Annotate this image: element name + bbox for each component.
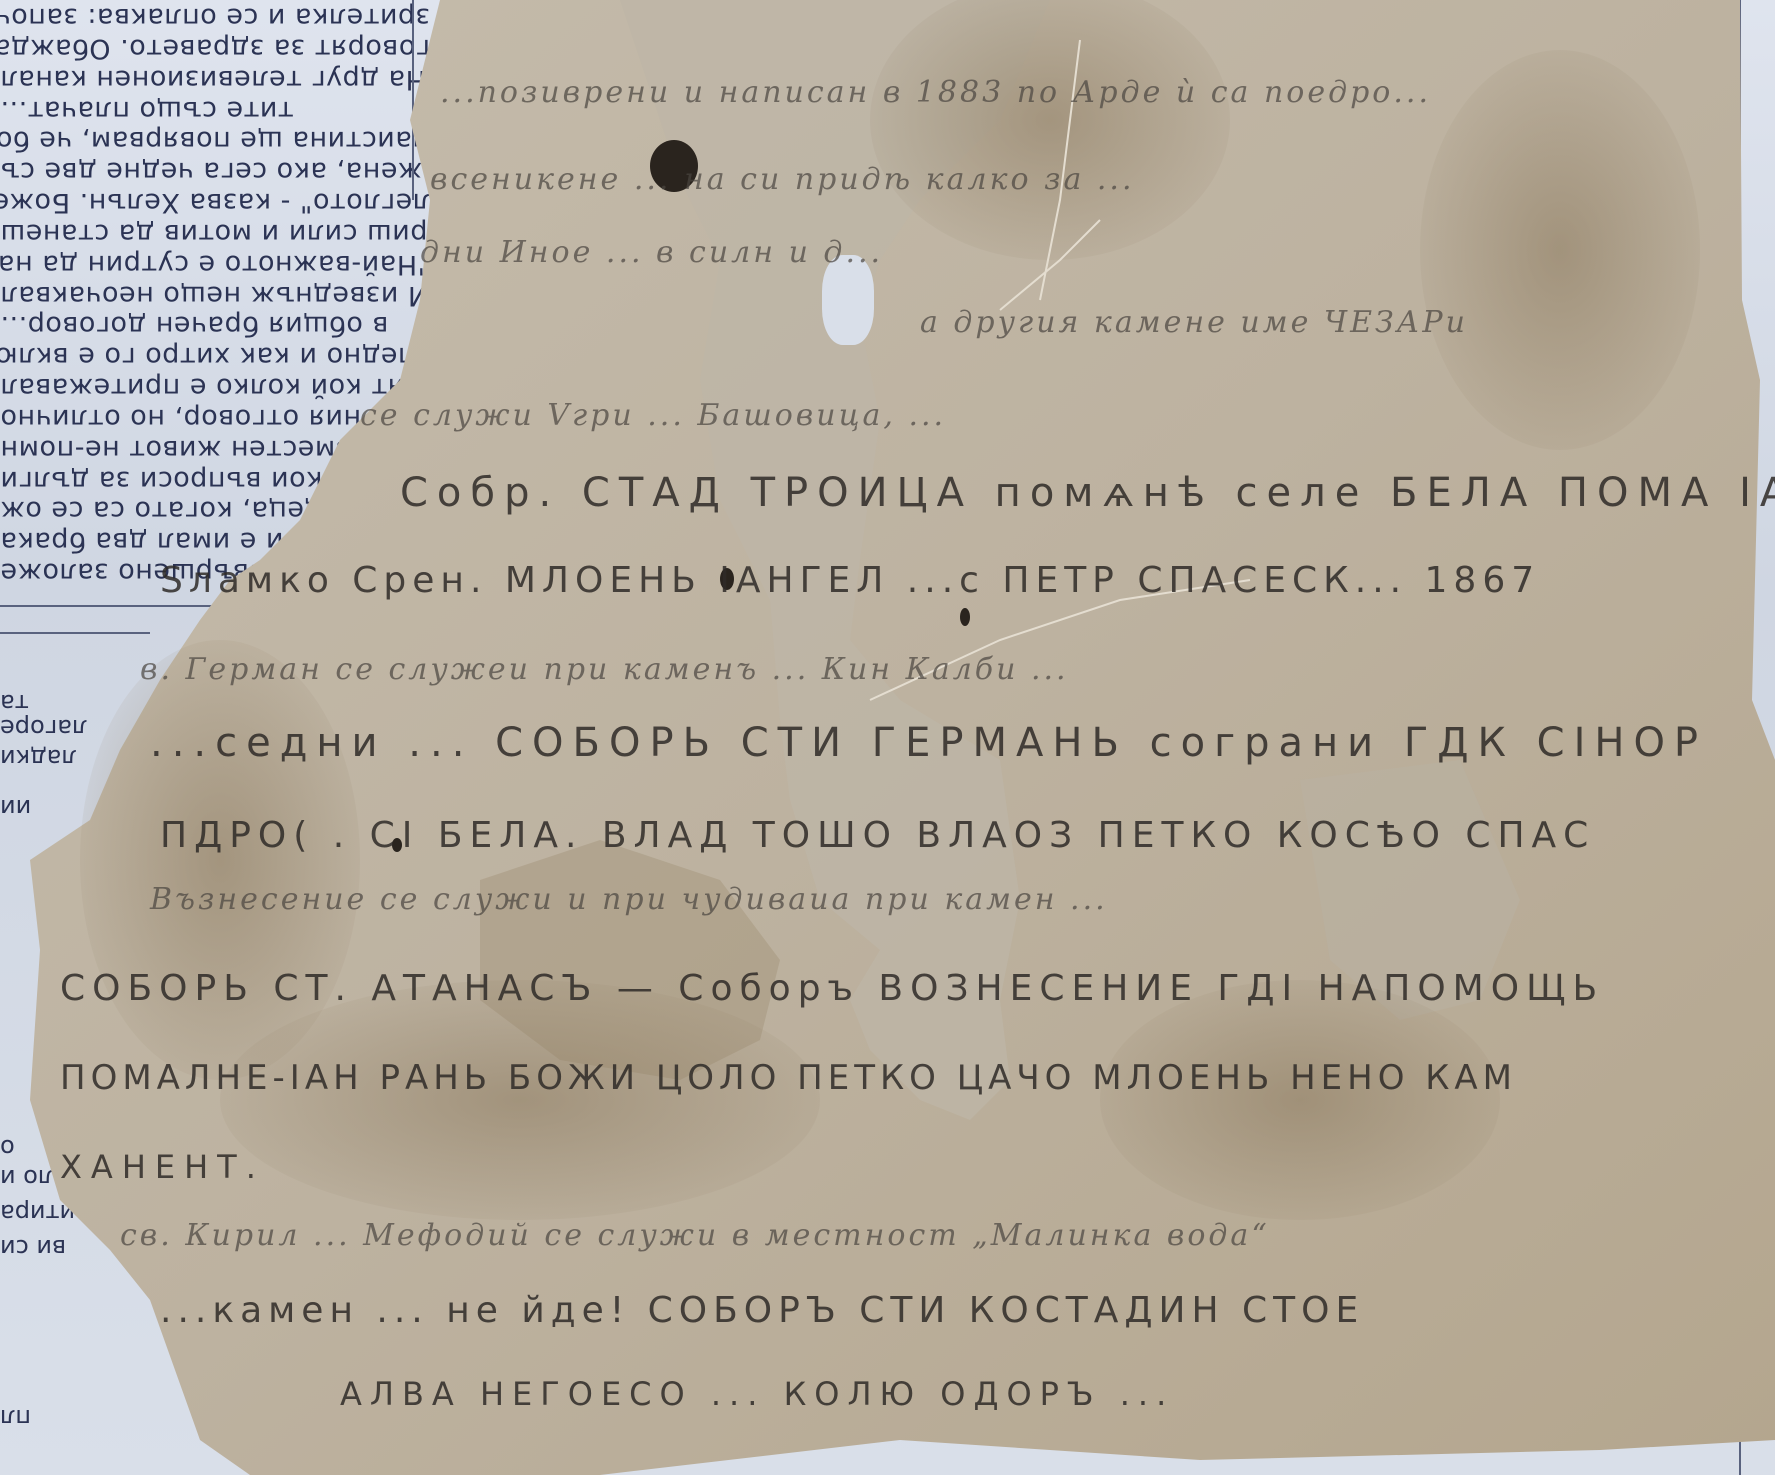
handwritten-line-2: всеникене ... на си придѣ калко за ... xyxy=(430,162,1134,197)
handwritten-line-3: дни Иное ... в силн и д... xyxy=(420,235,883,270)
paper-hole xyxy=(960,608,970,626)
handwritten-line-10: ПДРО( . СІ БЕЛА. ВЛАД ТОШО ВЛАОЗ ПЕТКО К… xyxy=(160,815,1595,856)
handwritten-line-12: СОБОРЬ СТ. АТАНАСЪ — Соборъ ВОЗНЕСЕНИЕ Г… xyxy=(60,968,1604,1009)
handwritten-line-7: Sламко Срен. МЛОЕНЬ ІАНГЕЛ ...с ПЕТР СПА… xyxy=(160,560,1540,601)
handwritten-line-8: в. Герман се служеи при каменъ ... Кин К… xyxy=(140,652,1069,687)
handwritten-line-1: ...позиврени и написан в 1883 по Арде ѝ … xyxy=(440,75,1431,110)
handwritten-line-11: Възнесение се служи и при чудиваиа при к… xyxy=(150,882,1108,917)
handwritten-line-4: а другия камене име ЧЕЗАРи xyxy=(920,305,1468,340)
handwritten-line-16: ...камен ... не йде! СОБОРЪ СТИ КОСТАДИН… xyxy=(160,1290,1364,1331)
handwritten-line-17: АЛВА НЕГОЕСО ... КОЛЮ ОДОРЪ ... xyxy=(340,1375,1174,1413)
handwritten-line-9: ...седни ... СОБОРЬ СТИ ГЕРМАНЬ сограни … xyxy=(150,720,1707,766)
handwritten-line-15: св. Кирил ... Мефодий се служи в местнос… xyxy=(120,1218,1270,1253)
handwritten-line-13: ПОМАЛНЕ-ІАН РАНЬ БОЖИ ЦОЛО ПЕТКО ЦАЧО МЛ… xyxy=(60,1058,1517,1098)
handwritten-line-6: Собр. СТАД ТРОИЦА помѧнѣ селе БЕЛА ПОМА … xyxy=(400,470,1775,516)
handwritten-line-5: се служи Vгри ... Башовица, ... xyxy=(360,398,946,433)
handwritten-line-14: ХАНЕНТ. xyxy=(60,1148,265,1186)
